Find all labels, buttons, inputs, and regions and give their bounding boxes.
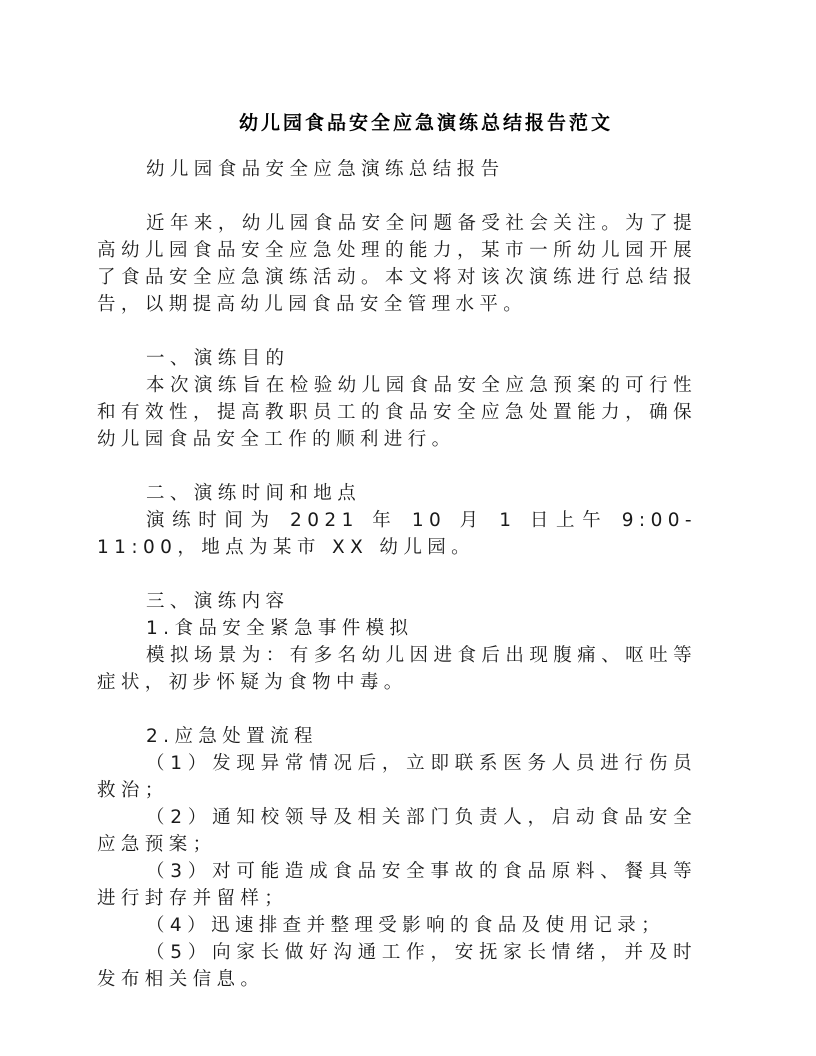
intro-paragraph: 近年来，幼儿园食品安全问题备受社会关注。为了提高幼儿园食品安全应急处理的能力，某… <box>97 210 697 318</box>
procedure-item: （1）发现异常情况后，立即联系医务人员进行伤员救治； <box>97 750 697 804</box>
procedure-item: （4）迅速排查并整理受影响的食品及使用记录； <box>97 912 697 939</box>
subsection-heading-procedure: 2.应急处置流程 <box>97 723 697 750</box>
document-body: 幼儿园食品安全应急演练总结报告 近年来，幼儿园食品安全问题备受社会关注。为了提高… <box>97 156 697 993</box>
document-subtitle: 幼儿园食品安全应急演练总结报告 <box>97 156 697 183</box>
document-page: 幼儿园食品安全应急演练总结报告范文 幼儿园食品安全应急演练总结报告 近年来，幼儿… <box>0 0 816 1056</box>
purpose-paragraph: 本次演练旨在检验幼儿园食品安全应急预案的可行性和有效性，提高教职员工的食品安全应… <box>97 372 697 453</box>
time-place-paragraph: 演练时间为 2021 年 10 月 1 日上午 9:00-11:00，地点为某市… <box>97 507 697 561</box>
procedure-item: （3）对可能造成食品安全事故的食品原料、餐具等进行封存并留样； <box>97 858 697 912</box>
spacer <box>97 453 697 480</box>
section-heading-content: 三、演练内容 <box>97 588 697 615</box>
procedure-item: （5）向家长做好沟通工作，安抚家长情绪，并及时发布相关信息。 <box>97 939 697 993</box>
spacer <box>97 561 697 588</box>
section-heading-purpose: 一、演练目的 <box>97 345 697 372</box>
section-heading-time-place: 二、演练时间和地点 <box>97 480 697 507</box>
subsection-heading-simulation: 1.食品安全紧急事件模拟 <box>97 615 697 642</box>
document-title: 幼儿园食品安全应急演练总结报告范文 <box>0 108 816 135</box>
simulation-paragraph: 模拟场景为：有多名幼儿因进食后出现腹痛、呕吐等症状，初步怀疑为食物中毒。 <box>97 642 697 696</box>
spacer <box>97 696 697 723</box>
spacer <box>97 318 697 345</box>
procedure-item: （2）通知校领导及相关部门负责人，启动食品安全应急预案； <box>97 804 697 858</box>
spacer <box>97 183 697 210</box>
